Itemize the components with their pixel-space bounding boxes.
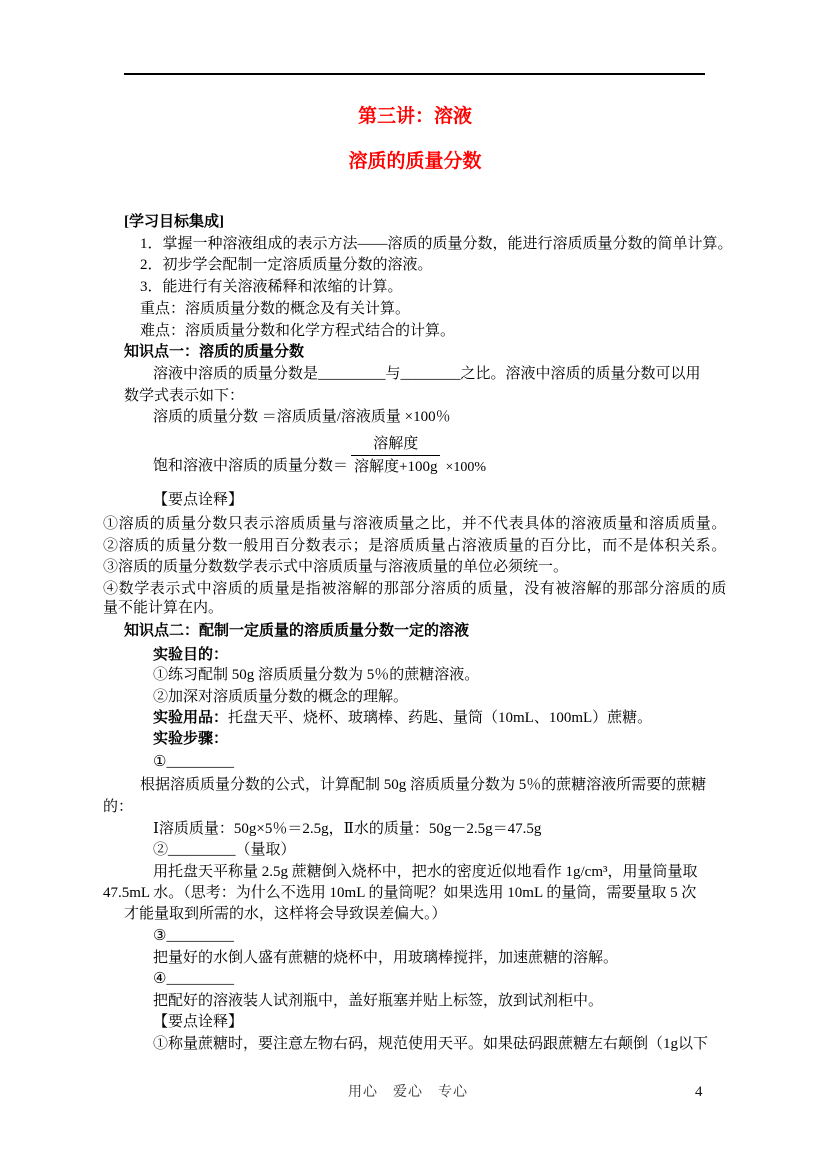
formula-suffix: ×100%: [445, 458, 486, 477]
definition-line-1: 溶液中溶质的质量分数是_________与________之比。溶液中溶质的质量…: [153, 364, 701, 385]
note-item-1: ①溶质的质量分数只表示溶质质量与溶液质量之比，并不代表具体的溶液质量和溶质质量。: [103, 514, 727, 535]
formula-fraction: 溶解度 溶解度+100g: [351, 434, 440, 477]
purpose-item-2: ②加深对溶质质量分数的概念的理解。: [153, 687, 408, 708]
formula-prefix: 饱和溶液中溶质的质量分数＝: [153, 456, 348, 477]
definition-line-2: 数学式表示如下：: [124, 386, 244, 407]
page-number: 4: [695, 1082, 703, 1102]
document-page: 第三讲：溶液 溶质的质量分数 [学习目标集成] 1．掌握一种溶液组成的表示方法—…: [0, 0, 827, 1170]
note-item-3: ③溶质的质量分数数学表示式中溶质质量与溶液质量的单位必须统一。: [103, 557, 568, 578]
step-1-desc-line-1: 根据溶质质量分数的公式，计算配制 50g 溶质质量分数为 5％的蔗糖溶液所需要的…: [140, 775, 706, 796]
section-knowledge-point-1: 知识点一：溶质的质量分数: [124, 342, 304, 363]
header-rule: [124, 73, 705, 75]
experiment-purpose-header: 实验目的：: [153, 645, 228, 666]
step-2-desc-line-1: 用托盘天平称量 2.5g 蔗糖倒入烧杯中，把水的密度近似地看作 1g/cm³，用…: [153, 862, 698, 883]
step-3-blank: ③_________: [153, 926, 234, 947]
step-4-blank: ④_________: [153, 969, 234, 990]
step-1-calculation: Ⅰ溶质质量：50g×5％＝2.5g，Ⅱ水的质量：50g－2.5g＝47.5g: [153, 819, 541, 840]
purpose-item-1: ①练习配制 50g 溶质质量分数为 5％的蔗糖溶液。: [153, 665, 479, 686]
fraction-denominator: 溶解度+100g: [351, 456, 440, 477]
experiment-steps-header: 实验步骤：: [153, 729, 228, 750]
saturated-solution-formula: 饱和溶液中溶质的质量分数＝ 溶解度 溶解度+100g ×100%: [153, 434, 486, 477]
step-1-desc-line-2: 的：: [103, 797, 133, 818]
goal-item-2: 2．初步学会配制一定溶质质量分数的溶液。: [140, 255, 433, 276]
page-title: 第三讲：溶液: [103, 104, 727, 130]
experiment-supplies-line: 实验用品：托盘天平、烧杯、玻璃棒、药匙、量筒（10mL、100mL）蔗糖。: [153, 708, 652, 729]
goal-item-1: 1．掌握一种溶液组成的表示方法——溶质的质量分数，能进行溶质质量分数的简单计算。: [140, 234, 733, 255]
footer-motto: 用心 爱心 专心: [348, 1084, 468, 1102]
key-notes-header-1: 【要点诠释】: [153, 490, 243, 511]
note-weighing-line: ①称量蔗糖时，要注意左物右码，规范使用天平。如果砝码跟蔗糖左右颠倒（1g以下: [153, 1034, 708, 1055]
page-subtitle: 溶质的质量分数: [103, 149, 727, 175]
key-point-line: 重点：溶质质量分数的概念及有关计算。: [140, 299, 410, 320]
section-knowledge-point-2: 知识点二：配制一定质量的溶质质量分数一定的溶液: [124, 621, 469, 642]
note-item-4-line-2: 量不能计算在内。: [103, 598, 223, 619]
difficult-point-line: 难点：溶质质量分数和化学方程式结合的计算。: [140, 321, 455, 342]
fraction-numerator: 溶解度: [351, 434, 440, 456]
step-3-desc: 把量好的水倒人盛有蔗糖的烧杯中，用玻璃棒搅拌，加速蔗糖的溶解。: [153, 948, 618, 969]
step-2-desc-line-3: 才能量取到所需的水，这样将会导致误差偏大。）: [124, 904, 447, 925]
mass-fraction-formula-line: 溶质的质量分数 ＝溶质质量/溶液质量 ×100％: [153, 407, 451, 428]
step-2-desc-line-2: 47.5mL 水。（思考：为什么不选用 10mL 的量筒呢？如果选用 10mL …: [103, 883, 696, 904]
supplies-text: 托盘天平、烧杯、玻璃棒、药匙、量筒（10mL、100mL）蔗糖。: [228, 710, 652, 726]
goal-item-3: 3．能进行有关溶液稀释和浓缩的计算。: [140, 277, 403, 298]
supplies-label: 实验用品：: [153, 710, 228, 726]
step-1-blank: ①_________: [153, 752, 234, 773]
section-learning-goals: [学习目标集成]: [124, 212, 224, 233]
note-item-4-line-1: ④数学表示式中溶质的质量是指被溶解的那部分溶质的质量，没有被溶解的那部分溶质的质: [103, 579, 727, 600]
step-2-blank: ②_________（量取）: [153, 840, 296, 861]
step-4-desc: 把配好的溶液装人试剂瓶中，盖好瓶塞并贴上标签，放到试剂柜中。: [153, 991, 603, 1012]
note-item-2: ②溶质的质量分数一般用百分数表示；是溶质质量占溶液质量的百分比，而不是体积关系。: [103, 536, 727, 557]
key-notes-header-2: 【要点诠释】: [153, 1012, 243, 1033]
